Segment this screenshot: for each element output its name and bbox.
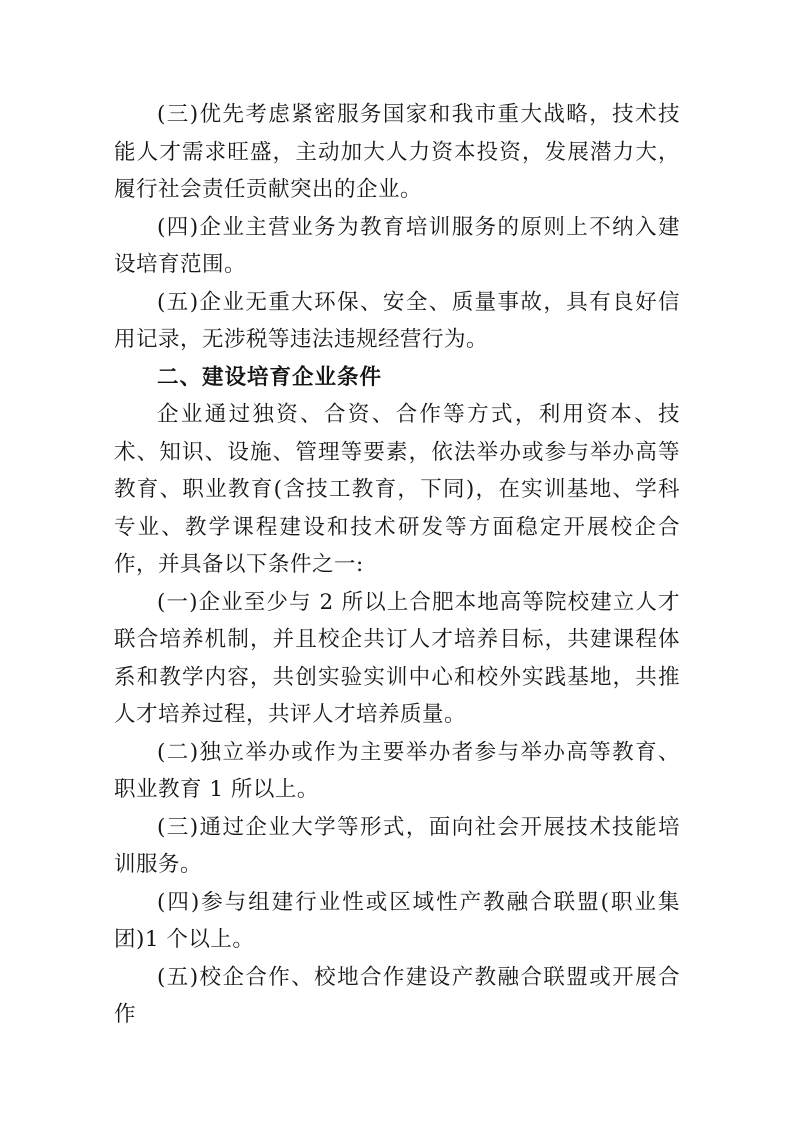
paragraph-no-violations: (五)企业无重大环保、安全、质量事故，具有良好信用记录，无涉税等违法违规经营行为… bbox=[114, 284, 680, 359]
paragraph-conditions-intro: 企业通过独资、合资、合作等方式，利用资本、技术、知识、设施、管理等要素，依法举办… bbox=[114, 396, 680, 584]
paragraph-condition-2: (二)独立举办或作为主要举办者参与举办高等教育、职业教育 1 所以上。 bbox=[114, 734, 680, 809]
paragraph-condition-1: (一)企业至少与 2 所以上合肥本地高等院校建立人才联合培养机制，并且校企共订人… bbox=[114, 584, 680, 734]
section-heading: 二、建设培育企业条件 bbox=[114, 359, 680, 397]
paragraph-condition-5: (五)校企合作、校地合作建设产教融合联盟或开展合作 bbox=[114, 959, 680, 1034]
paragraph-condition-4: (四)参与组建行业性或区域性产教融合联盟(职业集团)1 个以上。 bbox=[114, 884, 680, 959]
paragraph-excluded-scope: (四)企业主营业务为教育培训服务的原则上不纳入建设培育范围。 bbox=[114, 209, 680, 284]
document-text-block: (三)优先考虑紧密服务国家和我市重大战略，技术技能人才需求旺盛，主动加大人力资本… bbox=[114, 96, 680, 1034]
paragraph-condition-3: (三)通过企业大学等形式，面向社会开展技术技能培训服务。 bbox=[114, 809, 680, 884]
paragraph-priority-enterprises: (三)优先考虑紧密服务国家和我市重大战略，技术技能人才需求旺盛，主动加大人力资本… bbox=[114, 96, 680, 209]
document-page: (三)优先考虑紧密服务国家和我市重大战略，技术技能人才需求旺盛，主动加大人力资本… bbox=[0, 0, 793, 1122]
